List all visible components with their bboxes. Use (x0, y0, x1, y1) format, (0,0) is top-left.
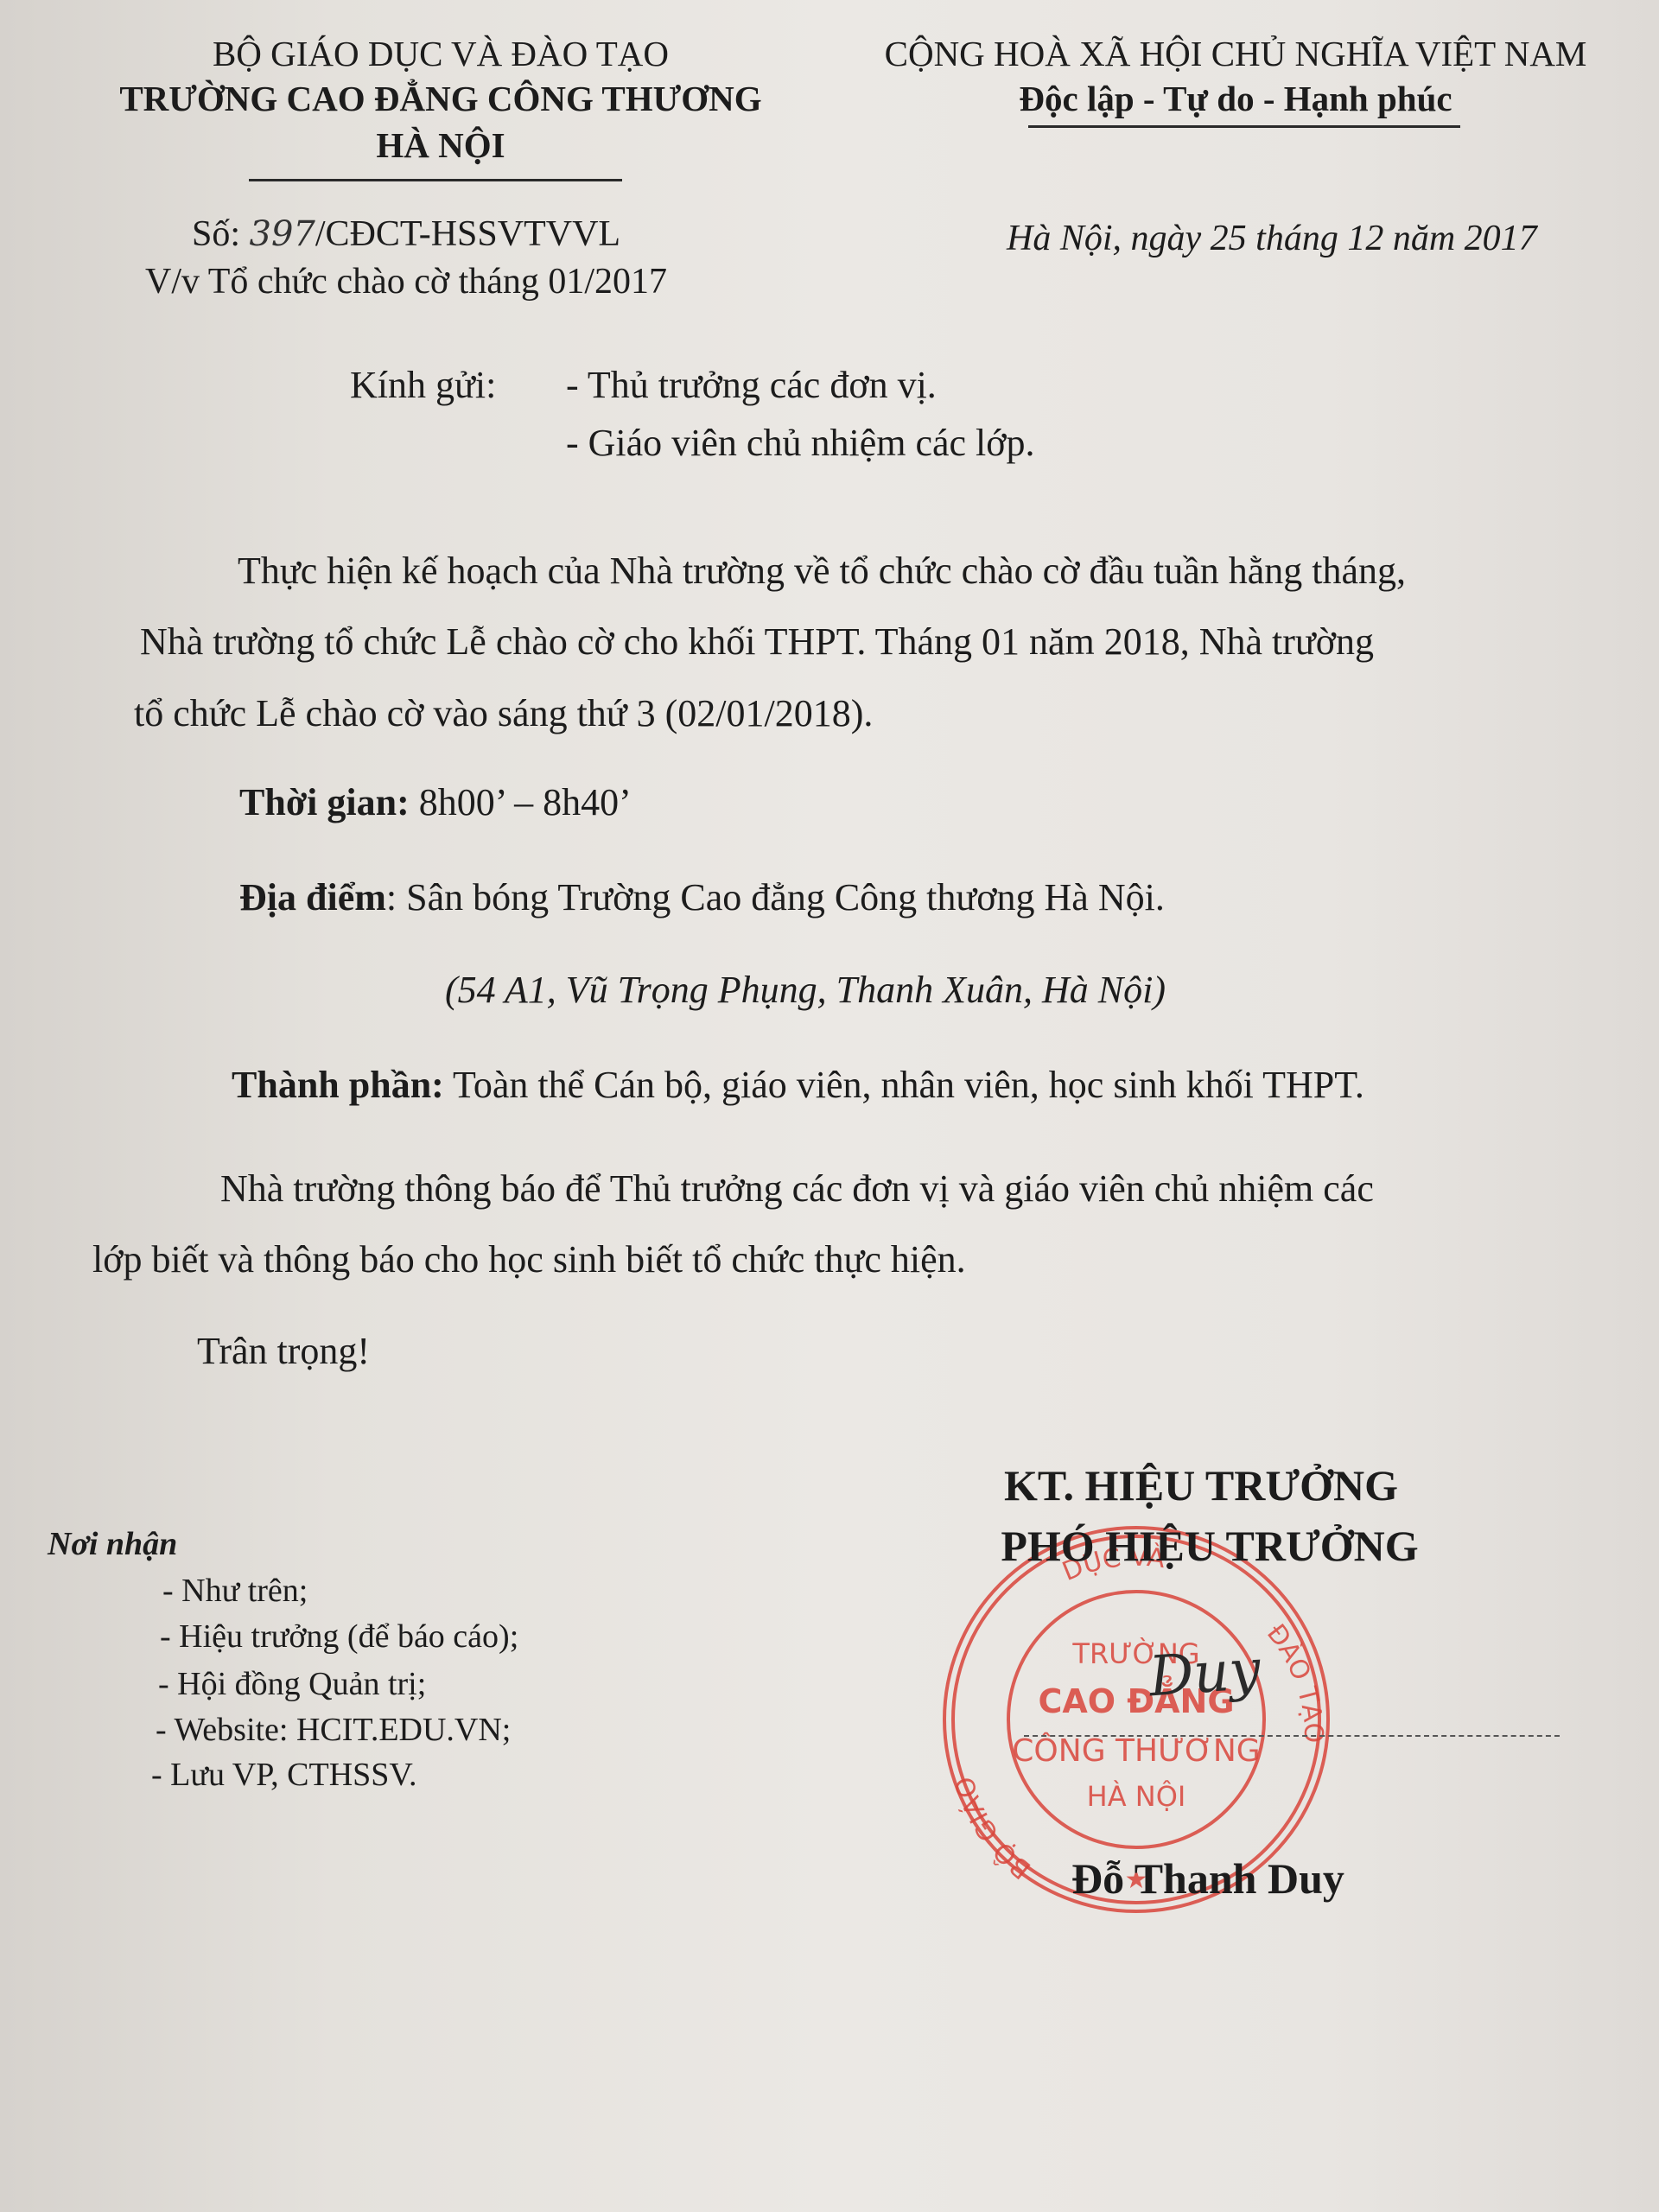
school-name-line2: HÀ NỘI (86, 123, 795, 168)
addressees-label: Kính gửi: (350, 363, 496, 407)
place-row: Địa điểm: Sân bóng Trường Cao đẳng Công … (239, 875, 1165, 919)
doc-number-label: Số: (192, 214, 240, 254)
header-right-underline (1028, 125, 1460, 128)
handwritten-signature: Duy (1147, 1638, 1263, 1710)
recipient-item: - Hiệu trưởng (để báo cáo); (160, 1616, 518, 1657)
svg-text:CÔNG THƯƠNG: CÔNG THƯƠNG (1012, 1732, 1260, 1769)
body-paragraph-2-line: lớp biết và thông báo cho học sinh biết … (92, 1237, 966, 1281)
body-paragraph-1-line: Thực hiện kế hoạch của Nhà trường về tổ … (238, 549, 1406, 593)
addressee-item: - Thủ trưởng các đơn vị. (566, 363, 937, 407)
svg-text:BỘ GIÁO: BỘ GIÁO (950, 1773, 1037, 1885)
subject-line: V/v Tổ chức chào cờ tháng 01/2017 (145, 259, 667, 304)
ministry-name: BỘ GIÁO DỤC VÀ ĐÀO TẠO (199, 31, 683, 76)
recipient-item: - Website: HCIT.EDU.VN; (156, 1709, 511, 1751)
signer-name: Đỗ Thanh Duy (1071, 1853, 1344, 1904)
header-left-underline (249, 179, 622, 181)
doc-number-handwritten: 397 (250, 214, 315, 254)
body-paragraph-1-line: tổ chức Lễ chào cờ vào sáng thứ 3 (02/01… (134, 691, 873, 735)
participants-row: Thành phần: Toàn thể Cán bộ, giáo viên, … (232, 1063, 1364, 1107)
signature-line (1024, 1735, 1560, 1737)
school-name-line1: TRƯỜNG CAO ĐẲNG CÔNG THƯƠNG (86, 76, 795, 121)
place-address: (54 A1, Vũ Trọng Phụng, Thanh Xuân, Hà N… (445, 968, 1166, 1012)
recipient-item: - Như trên; (162, 1570, 308, 1611)
svg-text:ĐÀO TẠO: ĐÀO TẠO (1261, 1618, 1329, 1743)
addressee-item: - Giáo viên chủ nhiệm các lớp. (566, 421, 1035, 465)
time-label: Thời gian: (239, 781, 410, 823)
doc-number: Số: 397/CĐCT-HSSVTVVL (192, 212, 620, 257)
time-value: 8h00’ – 8h40’ (419, 781, 632, 823)
signature-title-1: KT. HIỆU TRƯỞNG (959, 1460, 1443, 1510)
recipients-label: Nơi nhận (48, 1523, 177, 1565)
svg-text:HÀ NỘI: HÀ NỘI (1087, 1779, 1186, 1813)
closing: Trân trọng! (197, 1329, 370, 1373)
recipient-item: - Lưu VP, CTHSSV. (151, 1754, 416, 1796)
participants-value: Toàn thể Cán bộ, giáo viên, nhân viên, h… (444, 1064, 1364, 1106)
motto: Độc lập - Tự do - Hạnh phúc (834, 76, 1637, 121)
time-row: Thời gian: 8h00’ – 8h40’ (239, 780, 632, 824)
place-label: Địa điểm (239, 876, 386, 918)
signature-title-2: PHÓ HIỆU TRƯỞNG (959, 1521, 1460, 1571)
place-value: : Sân bóng Trường Cao đẳng Công thương H… (386, 876, 1165, 918)
recipient-item: - Hội đồng Quản trị; (158, 1663, 426, 1705)
country-name: CỘNG HOÀ XÃ HỘI CHỦ NGHĨA VIỆT NAM (834, 31, 1637, 76)
body-paragraph-2-line: Nhà trường thông báo để Thủ trưởng các đ… (220, 1166, 1374, 1211)
doc-number-code: /CĐCT-HSSVTVVL (315, 214, 620, 254)
participants-label: Thành phần: (232, 1064, 444, 1106)
body-paragraph-1-line: Nhà trường tổ chức Lễ chào cờ cho khối T… (140, 620, 1374, 664)
date-line: Hà Nội, ngày 25 tháng 12 năm 2017 (1007, 216, 1537, 261)
